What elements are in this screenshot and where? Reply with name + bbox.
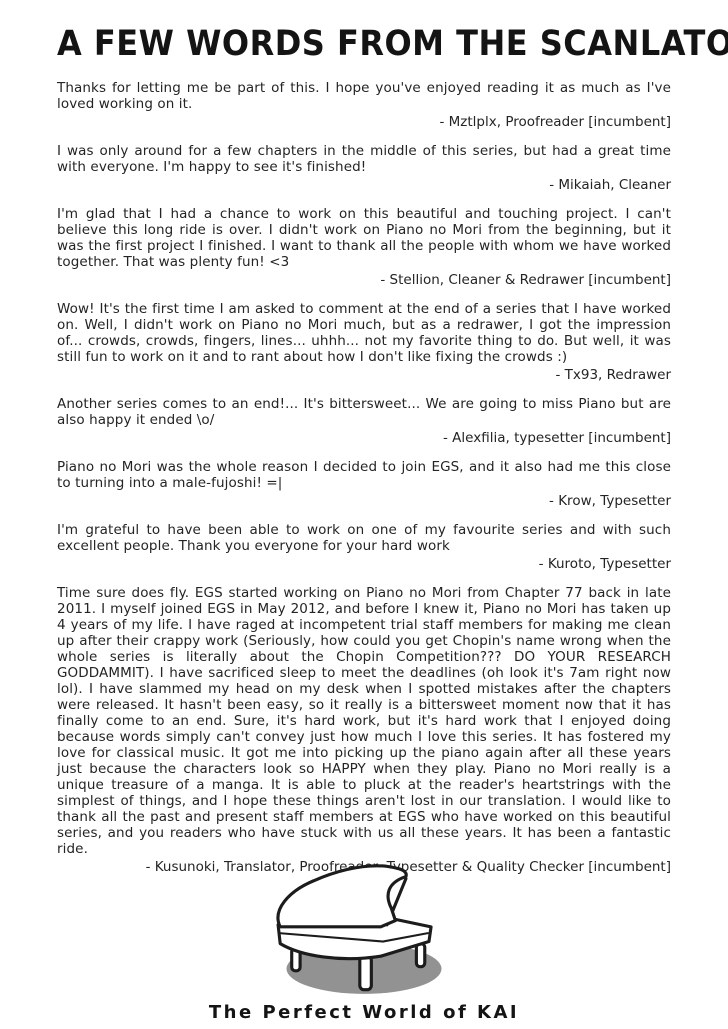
- message-text: Time sure does fly. EGS started working …: [57, 585, 671, 857]
- message-block-translator: Time sure does fly. EGS started working …: [57, 585, 671, 875]
- message-block-proofreader: Thanks for letting me be part of this. I…: [57, 80, 671, 130]
- message-attribution: - Tx93, Redrawer: [57, 367, 671, 383]
- piano-center-leg: [360, 956, 372, 990]
- message-text: Thanks for letting me be part of this. I…: [57, 80, 671, 112]
- message-block-typesetter-kuroto: I'm grateful to have been able to work o…: [57, 522, 671, 572]
- message-block-cleaner: I was only around for a few chapters in …: [57, 143, 671, 193]
- message-attribution: - Alexfilia, typesetter [incumbent]: [57, 430, 671, 446]
- page-title: A FEW WORDS FROM THE SCANLATORS: [57, 22, 671, 63]
- message-text: I was only around for a few chapters in …: [57, 143, 671, 175]
- message-text: Wow! It's the first time I am asked to c…: [57, 301, 671, 365]
- footer-caption: The Perfect World of KAI: [0, 1002, 728, 1023]
- message-text: Piano no Mori was the whole reason I dec…: [57, 459, 671, 491]
- footer: The Perfect World of KAI: [0, 864, 728, 1023]
- message-attribution: - Krow, Typesetter: [57, 493, 671, 509]
- piano-right-leg: [416, 944, 424, 967]
- message-block-redrawer: Wow! It's the first time I am asked to c…: [57, 301, 671, 383]
- scanlator-credits-page: A FEW WORDS FROM THE SCANLATORS Thanks f…: [0, 0, 728, 1029]
- message-text: Another series comes to an end!... It's …: [57, 396, 671, 428]
- piano-illustration-wrap: [259, 864, 469, 996]
- message-block-cleaner-redrawer: I'm glad that I had a chance to work on …: [57, 206, 671, 288]
- message-attribution: - Stellion, Cleaner & Redrawer [incumben…: [57, 272, 671, 288]
- message-attribution: - Mikaiah, Cleaner: [57, 177, 671, 193]
- message-attribution: - Kuroto, Typesetter: [57, 556, 671, 572]
- message-attribution: - Mztlplx, Proofreader [incumbent]: [57, 114, 671, 130]
- credits-content: A FEW WORDS FROM THE SCANLATORS Thanks f…: [0, 0, 728, 875]
- message-block-typesetter-krow: Piano no Mori was the whole reason I dec…: [57, 459, 671, 509]
- grand-piano-icon: [259, 864, 469, 996]
- message-text: I'm grateful to have been able to work o…: [57, 522, 671, 554]
- message-block-typesetter-alexfilia: Another series comes to an end!... It's …: [57, 396, 671, 446]
- piano-lid: [278, 866, 406, 927]
- message-text: I'm glad that I had a chance to work on …: [57, 206, 671, 270]
